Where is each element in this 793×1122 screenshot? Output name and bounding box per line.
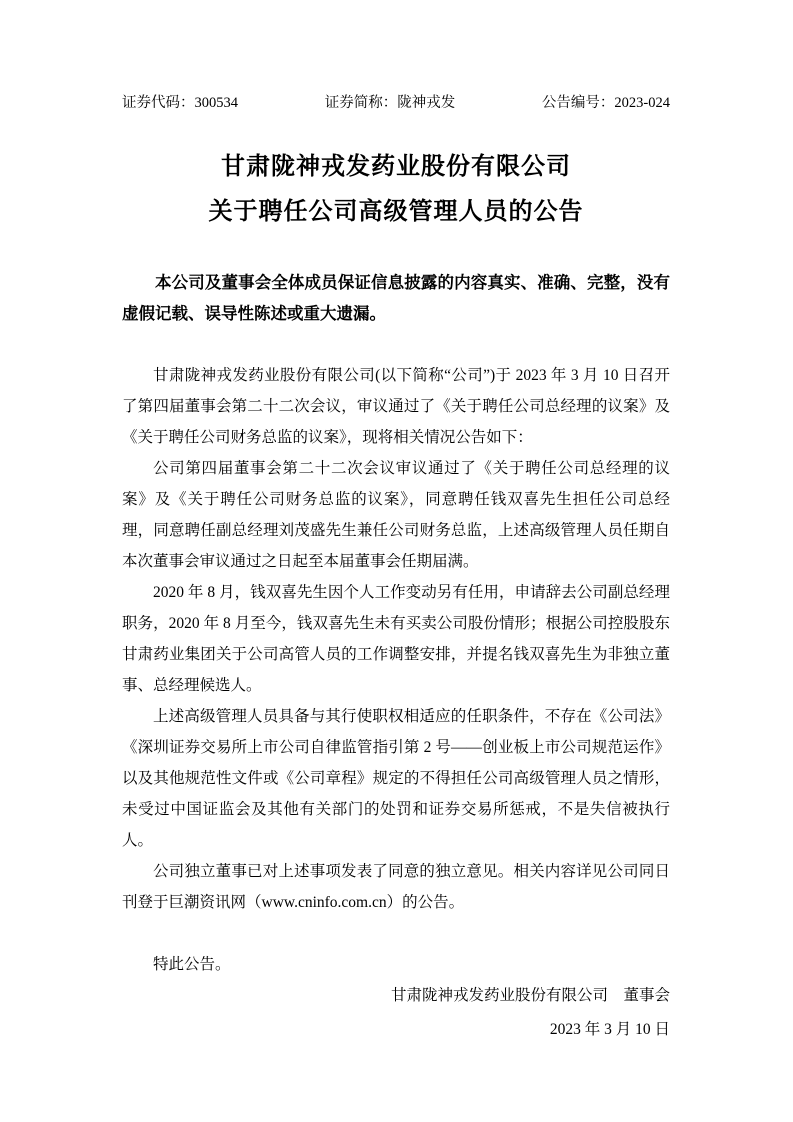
paragraph-qualification: 上述高级管理人员具备与其行使职权相适应的任职条件，不存在《公司法》《深圳证券交易… xyxy=(122,701,670,856)
document-title: 甘肃陇神戎发药业股份有限公司 关于聘任公司高级管理人员的公告 xyxy=(122,145,670,235)
paragraph-meeting-overview: 甘肃陇神戎发药业股份有限公司(以下简称“公司”)于 2023 年 3 月 10 … xyxy=(122,360,670,453)
paragraph-independent-opinion: 公司独立董事已对上述事项发表了同意的独立意见。相关内容详见公司同日刊登于巨潮资讯… xyxy=(122,856,670,918)
disclosure-statement: 本公司及董事会全体成员保证信息披露的内容真实、准确、完整，没有虚假记载、误导性陈… xyxy=(122,267,670,329)
announcement-page: 证券代码：300534 证券简称：陇神戎发 公告编号：2023-024 甘肃陇神… xyxy=(0,0,793,1122)
body-text: 甘肃陇神戎发药业股份有限公司(以下简称“公司”)于 2023 年 3 月 10 … xyxy=(122,360,670,918)
title-line-2: 关于聘任公司高级管理人员的公告 xyxy=(122,190,670,235)
stock-code: 证券代码：300534 xyxy=(122,93,238,113)
document-header: 证券代码：300534 证券简称：陇神戎发 公告编号：2023-024 xyxy=(122,93,670,113)
announcement-date: 2023 年 3 月 10 日 xyxy=(122,1014,670,1045)
closing-notice: 特此公告。 xyxy=(122,949,670,980)
board-signature: 甘肃陇神戎发药业股份有限公司 董事会 xyxy=(122,980,670,1011)
paragraph-qian-background: 2020 年 8 月，钱双喜先生因个人工作变动另有任用，申请辞去公司副总经理职务… xyxy=(122,577,670,701)
announcement-number: 公告编号：2023-024 xyxy=(542,93,670,113)
title-line-1: 甘肃陇神戎发药业股份有限公司 xyxy=(122,145,670,190)
paragraph-appointment-resolution: 公司第四届董事会第二十二次会议审议通过了《关于聘任公司总经理的议案》及《关于聘任… xyxy=(122,453,670,577)
stock-short-name: 证券简称：陇神戎发 xyxy=(325,93,456,113)
